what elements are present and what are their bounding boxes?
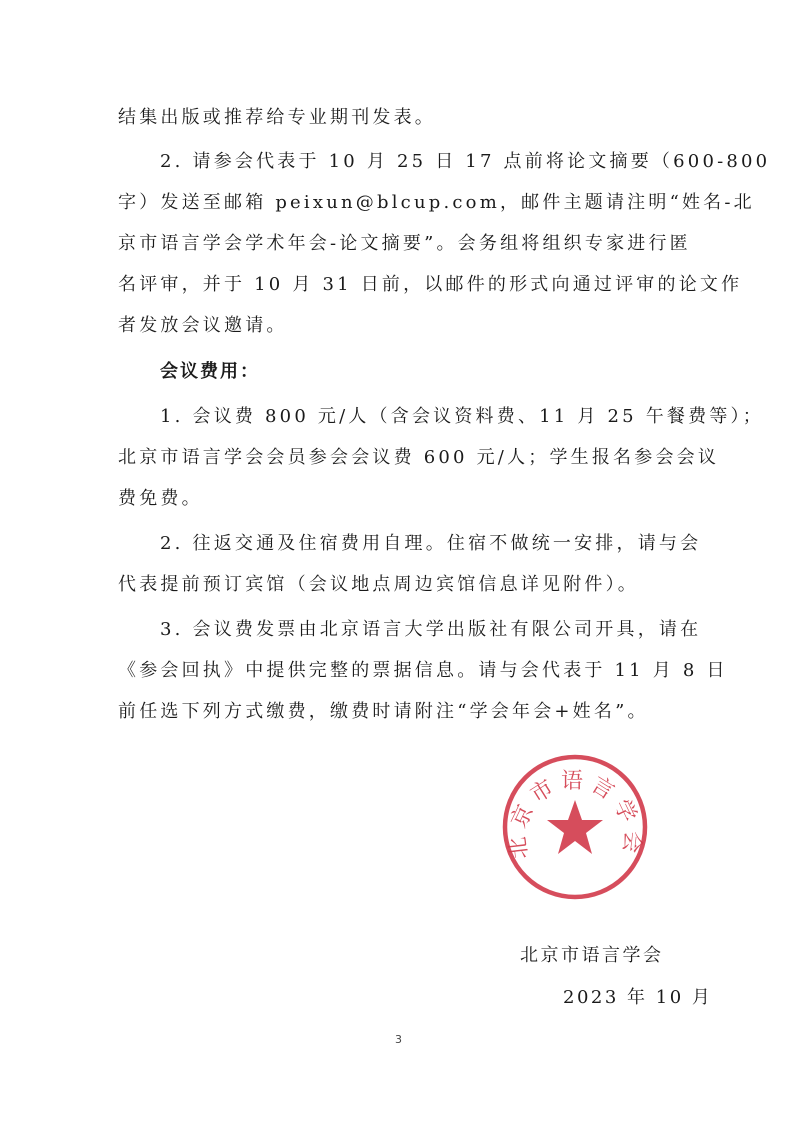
- text-line: 名评审，并于 10 月 31 日前，以邮件的形式向通过评审的论文作: [118, 273, 742, 297]
- paragraph-continuation: 结集出版或推荐给专业期刊发表。: [118, 106, 436, 130]
- text-line: 者发放会议邀请。: [118, 314, 288, 338]
- text-line: 费免费。: [118, 487, 203, 511]
- signature-organization: 北京市语言学会: [520, 944, 664, 968]
- text-line: 字）发送至邮箱 peixun@blcup.com，邮件主题请注明“姓名-北: [118, 191, 755, 215]
- official-seal: 北京市语言学会: [500, 752, 650, 902]
- signature-date: 2023 年 10 月: [563, 986, 712, 1010]
- text-line: 3. 会议费发票由北京语言大学出版社有限公司开具，请在: [160, 618, 701, 642]
- text-line: 2. 请参会代表于 10 月 25 日 17 点前将论文摘要（600-800: [160, 150, 770, 174]
- text-line: 2. 往返交通及住宿费用自理。住宿不做统一安排，请与会: [160, 532, 701, 556]
- text-line: 1. 会议费 800 元/人（含会议资料费、11 月 25 午餐费等）；: [160, 405, 764, 429]
- star-icon: [547, 800, 603, 854]
- text-line: 北京市语言学会会员参会会议费 600 元/人；学生报名参会会议: [118, 446, 719, 470]
- section-heading-fees: 会议费用：: [160, 360, 260, 384]
- document-page: 结集出版或推荐给专业期刊发表。 2. 请参会代表于 10 月 25 日 17 点…: [0, 0, 800, 1131]
- text-line: 《参会回执》中提供完整的票据信息。请与会代表于 11 月 8 日: [118, 659, 728, 683]
- text-line: 京市语言学会学术年会-论文摘要”。会务组将组织专家进行匿: [118, 232, 691, 256]
- text-line: 前任选下列方式缴费，缴费时请附注“学会年会+姓名”。: [118, 700, 649, 724]
- page-number: 3: [395, 1033, 402, 1046]
- text-line: 代表提前预订宾馆（会议地点周边宾馆信息详见附件）。: [118, 573, 639, 597]
